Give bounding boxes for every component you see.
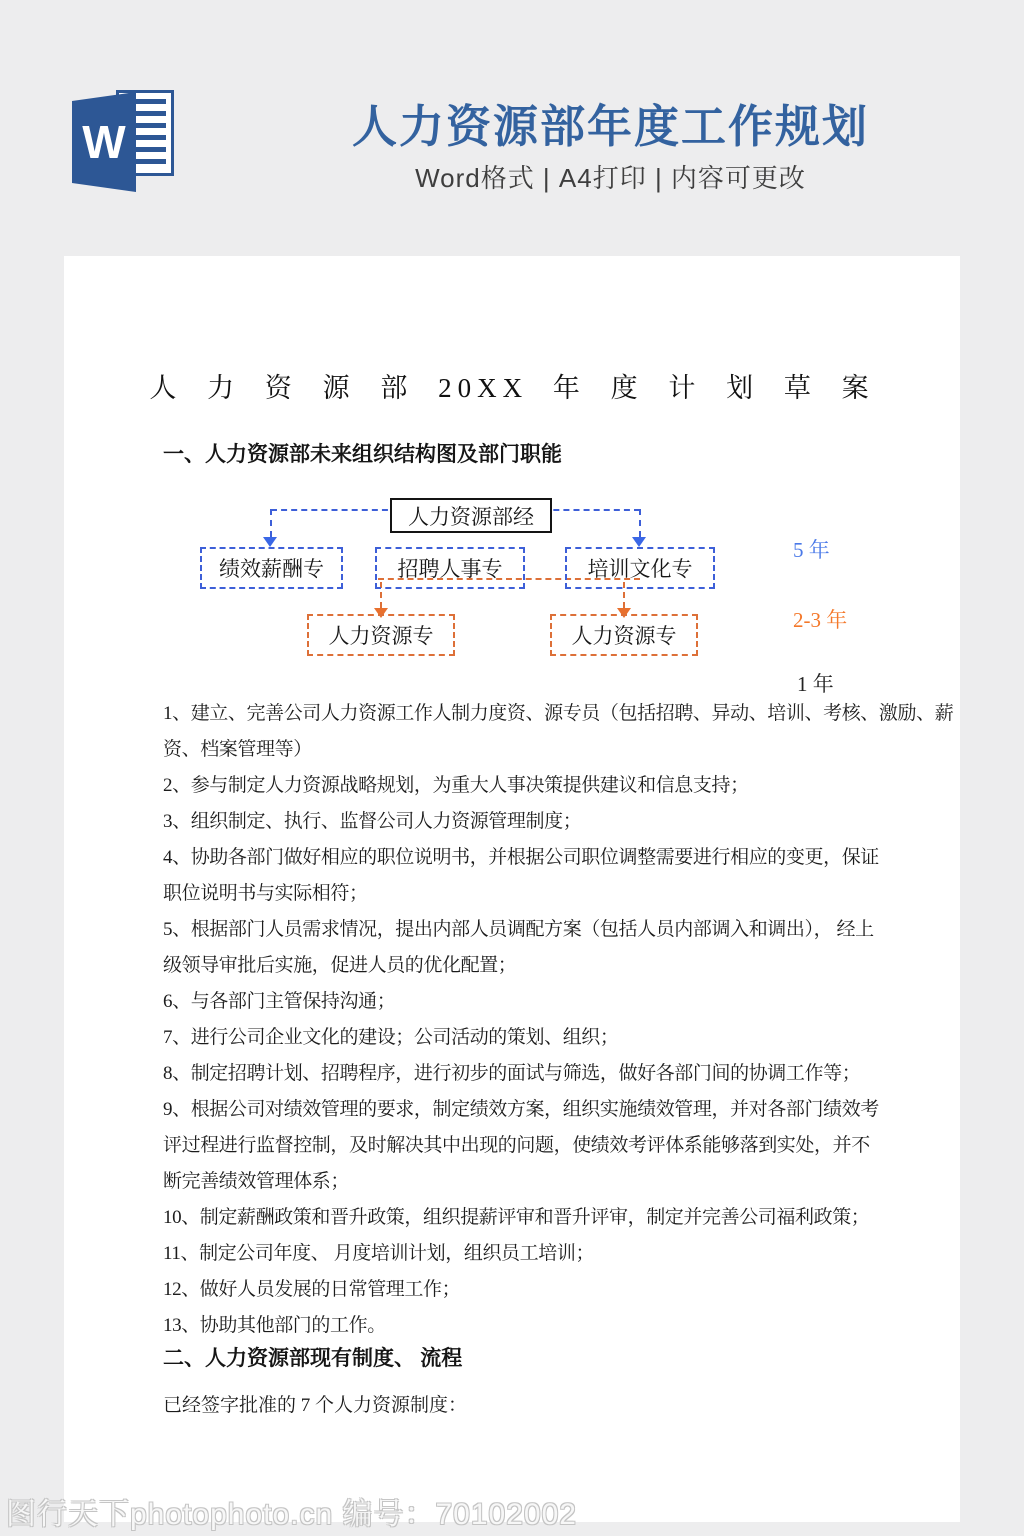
duty-line: 6、与各部门主管保持沟通； bbox=[163, 984, 933, 1020]
duty-line: 2、参与制定人力资源战略规划，为重大人事决策提供建议和信息支持； bbox=[163, 768, 933, 804]
year-label-1: 1 年 bbox=[797, 668, 834, 698]
duty-line: 8、制定招聘计划、招聘程序，进行初步的面试与筛选，做好各部门间的协调工作等； bbox=[163, 1056, 933, 1092]
org-chart: 人力资源部经 绩效薪酬专 招聘人事专 培训文化专 人力资源专 人力资源专 5 年… bbox=[64, 256, 960, 716]
duty-line: 5、根据部门人员需求情况，提出内部人员调配方案（包括人员内部调入和调出）， 经上 bbox=[163, 912, 933, 948]
duty-line: 12、做好人员发展的日常管理工作； bbox=[163, 1272, 933, 1308]
org-box-hr-manager: 人力资源部经 bbox=[390, 498, 552, 533]
template-subtitle: Word格式 | A4打印 | 内容可更改 bbox=[205, 158, 1016, 195]
connector-blue-vertical-right bbox=[639, 509, 641, 537]
template-title: 人力资源部年度工作规划 bbox=[205, 90, 1016, 155]
duty-line: 级领导审批后实施，促进人员的优化配置； bbox=[163, 948, 933, 984]
duty-line: 断完善绩效管理体系； bbox=[163, 1164, 933, 1200]
duty-line: 9、根据公司对绩效管理的要求，制定绩效方案，组织实施绩效管理，并对各部门绩效考 bbox=[163, 1092, 933, 1128]
duty-line: 资、档案管理等） bbox=[163, 732, 933, 768]
duty-line: 13、协助其他部门的工作。 bbox=[163, 1308, 933, 1344]
org-box-performance-pay: 绩效薪酬专 bbox=[200, 547, 343, 589]
org-box-recruiting-personnel: 招聘人事专 bbox=[375, 547, 525, 589]
duty-line: 7、进行公司企业文化的建设；公司活动的策划、组织； bbox=[163, 1020, 933, 1056]
year-label-2-3: 2-3 年 bbox=[793, 604, 847, 634]
arrow-down-blue-left-icon bbox=[263, 537, 277, 547]
site-watermark: 图行天下photophoto.cn 编号：70102002 bbox=[6, 1489, 577, 1533]
year-label-5: 5 年 bbox=[793, 534, 830, 564]
duty-line: 3、组织制定、执行、监督公司人力资源管理制度； bbox=[163, 804, 933, 840]
duty-line: 4、协助各部门做好相应的职位说明书，并根据公司职位调整需要进行相应的变更，保证 bbox=[163, 840, 933, 876]
duties-list: 1、建立、完善公司人力资源工作人制力度资、源专员（包括招聘、异动、培训、考核、激… bbox=[163, 696, 933, 1344]
word-icon-w-letter: W bbox=[72, 92, 136, 192]
duty-line: 11、制定公司年度、 月度培训计划，组织员工培训； bbox=[163, 1236, 933, 1272]
duty-line: 评过程进行监督控制，及时解决其中出现的问题，使绩效考评体系能够落到实处，并不 bbox=[163, 1128, 933, 1164]
duty-line: 职位说明书与实际相符； bbox=[163, 876, 933, 912]
org-box-hr-specialist-left: 人力资源专 bbox=[307, 614, 455, 656]
arrow-down-blue-right-icon bbox=[632, 537, 646, 547]
section2-intro-line: 已经签字批准的 7 个人力资源制度： bbox=[163, 1390, 467, 1417]
connector-blue-vertical-left bbox=[270, 509, 272, 537]
section2-heading: 二、人力资源部现有制度、 流程 bbox=[163, 1342, 462, 1372]
org-box-training-culture: 培训文化专 bbox=[565, 547, 715, 589]
org-box-hr-specialist-right: 人力资源专 bbox=[550, 614, 698, 656]
word-file-icon: W bbox=[58, 82, 186, 200]
duty-line: 10、制定薪酬政策和晋升政策，组织提薪评审和晋升评审，制定并完善公司福利政策； bbox=[163, 1200, 933, 1236]
duty-line: 1、建立、完善公司人力资源工作人制力度资、源专员（包括招聘、异动、培训、考核、激… bbox=[163, 696, 933, 732]
document-page: 人 力 资 源 部 20XX 年 度 计 划 草 案 一、人力资源部未来组织结构… bbox=[64, 256, 960, 1522]
